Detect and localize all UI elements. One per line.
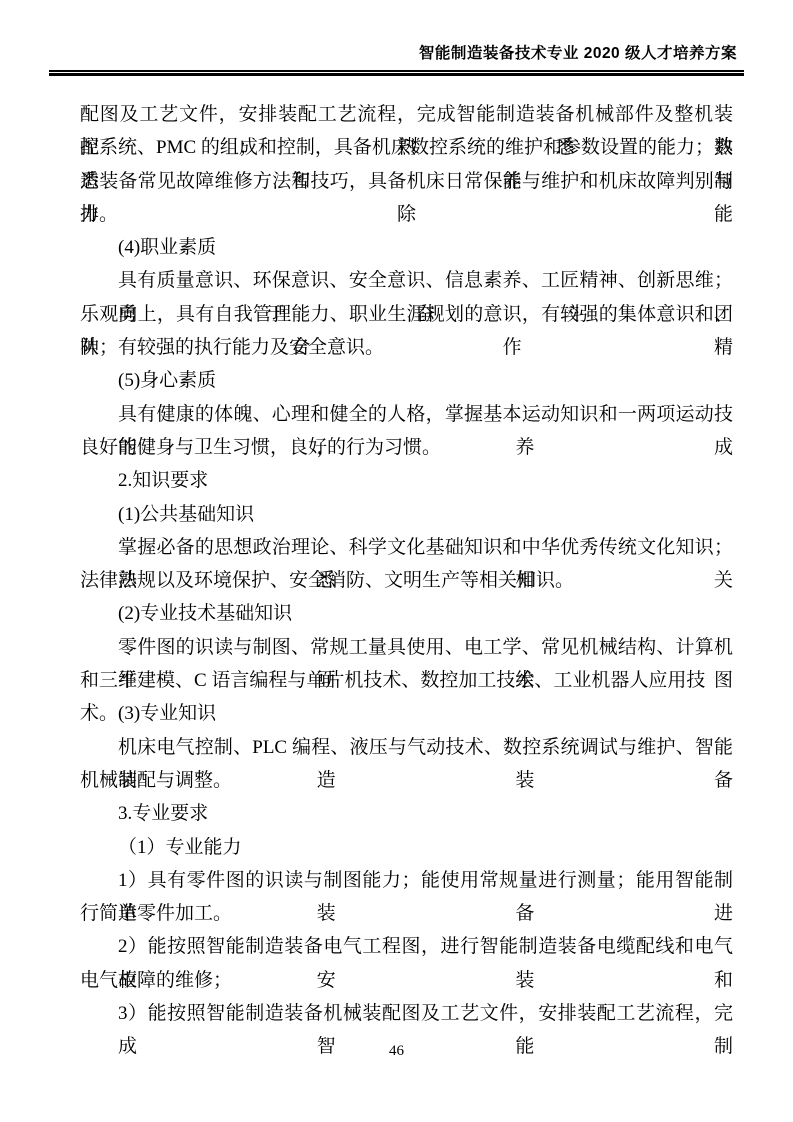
text-line: (1)公共基础知识: [80, 498, 733, 531]
text-line: 零件图的识读与制图、常规工量具使用、电工学、常见机械结构、计算机平面绘图: [80, 631, 733, 664]
text-line: 和三维建模、C 语言编程与单片机技术、数控加工技术、工业机器人应用技术。: [80, 664, 733, 697]
text-line: (2)专业技术基础知识: [80, 597, 733, 630]
text-line: （1）专业能力: [80, 831, 733, 864]
document-body: 配图及工艺文件，安排装配工艺流程，完成智能制造装备机械部件及整机装配；熟悉数控系…: [80, 98, 733, 1030]
text-line: 配图及工艺文件，安排装配工艺流程，完成智能制造装备机械部件及整机装配；熟悉数: [80, 98, 733, 131]
text-line: (3)专业知识: [80, 697, 733, 730]
text-line: 具有质量意识、环保意识、安全意识、信息素养、工匠精神、创新思维；勇于奋斗、: [80, 264, 733, 297]
text-line: 3.专业要求: [80, 797, 733, 830]
header-rule: [49, 70, 744, 76]
document-page: 智能制造装备技术专业 2020 级人才培养方案 配图及工艺文件，安排装配工艺流程…: [0, 0, 793, 1122]
page-number: 46: [389, 1043, 404, 1059]
text-line: 造装备常见故障维修方法和技巧，具备机床日常保养与维护和机床故障判别与排除能: [80, 165, 733, 198]
text-line: 2.知识要求: [80, 464, 733, 497]
text-line: 控系统、PMC 的组成和控制，具备机床数控系统的维护和参数设置的能力；熟悉智能制: [80, 131, 733, 164]
text-line: 机床电气控制、PLC 编程、液压与气动技术、数控系统调试与维护、智能制造装备: [80, 731, 733, 764]
text-line: 1）具有零件图的识读与制图能力；能使用常规量进行测量；能用智能制造装备进: [80, 864, 733, 897]
text-line: 掌握必备的思想政治理论、科学文化基础知识和中华优秀传统文化知识；熟悉相关: [80, 531, 733, 564]
text-line: 乐观向上，具有自我管理能力、职业生涯规划的意识，有较强的集体意识和团队合作精: [80, 298, 733, 331]
text-line: 3）能按照智能制造装备机械装配图及工艺文件，安排装配工艺流程，完成智能制: [80, 997, 733, 1030]
header-title: 智能制造装备技术专业 2020 级人才培养方案: [419, 41, 737, 63]
text-line: 2）能按照智能制造装备电气工程图，进行智能制造装备电缆配线和电气柜安装和: [80, 930, 733, 963]
text-line: (4)职业素质: [80, 231, 733, 264]
text-line: 具有健康的体魄、心理和健全的人格，掌握基本运动知识和一两项运动技能，养成: [80, 398, 733, 431]
text-line: (5)身心素质: [80, 364, 733, 397]
page-footer: 46: [0, 1042, 793, 1060]
